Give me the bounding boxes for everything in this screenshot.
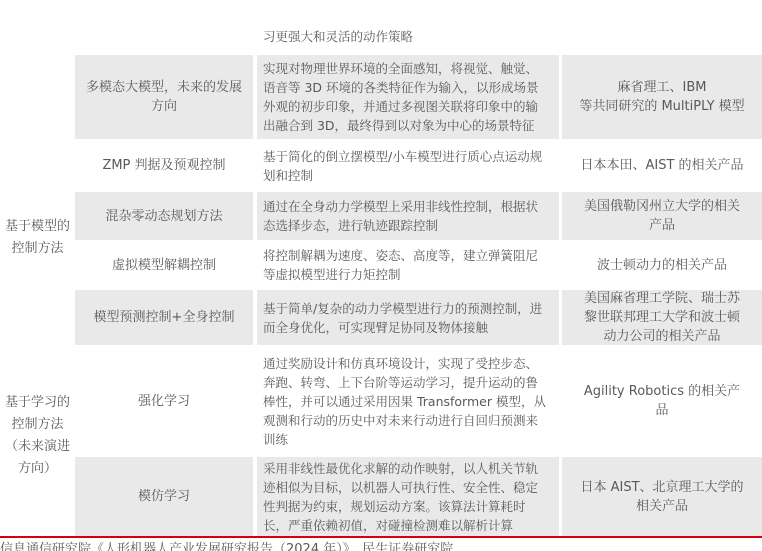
table-row: 虚拟模型解耦控制 将控制解耦为速度、姿态、高度等，建立弹簧阻尼 等虚拟模型进行力… bbox=[0, 242, 762, 288]
category-cell bbox=[0, 0, 75, 53]
source-citation: 信息通信研究院《人形机器人产业发展研究报告（2024 年）》，民生证券研究院 bbox=[0, 541, 762, 551]
category-cell bbox=[0, 55, 75, 139]
products-cell: 日本 AIST、北京理工大学的 相关产品 bbox=[562, 457, 762, 536]
method-cell bbox=[75, 0, 253, 53]
description-cell: 基于简单/复杂的动力学模型进行力的预测控制，进 而全身优化，可实现臂足协同及物体… bbox=[257, 290, 559, 345]
table-row: 模型预测控制+全身控制 基于简单/复杂的动力学模型进行力的预测控制，进 而全身优… bbox=[0, 290, 762, 345]
description-cell: 实现对物理世界环境的全面感知，将视觉、触觉、 语音等 3D 环境的各类特征作为输… bbox=[257, 55, 559, 139]
description-cell: 通过奖励设计和仿真环境设计，实现了受控步态、 奔跑、转弯、上下台阶等运动学习，提… bbox=[257, 347, 559, 455]
description-cell: 将控制解耦为速度、姿态、高度等，建立弹簧阻尼 等虚拟模型进行力矩控制 bbox=[257, 242, 559, 288]
report-page: 习更强大和灵活的动作策略 多模态大模型，未来的发展 方向 实现对物理世界环境的全… bbox=[0, 0, 762, 551]
method-cell: 虚拟模型解耦控制 bbox=[75, 242, 253, 288]
table-row-partial: 习更强大和灵活的动作策略 bbox=[0, 0, 762, 53]
products-cell bbox=[562, 0, 762, 53]
category-label-model-based: 基于模型的 控制方法 bbox=[0, 216, 75, 260]
category-cell bbox=[0, 290, 75, 345]
category-cell bbox=[0, 141, 75, 190]
method-cell: ZMP 判据及预观控制 bbox=[75, 141, 253, 190]
table-row: 模仿学习 采用非线性最优化求解的动作映射，以人机关节轨 迹相似为目标，以机器人可… bbox=[0, 457, 762, 536]
method-cell: 模型预测控制+全身控制 bbox=[75, 290, 253, 345]
table-row: 多模态大模型，未来的发展 方向 实现对物理世界环境的全面感知，将视觉、触觉、 语… bbox=[0, 55, 762, 139]
method-cell: 强化学习 bbox=[75, 347, 253, 455]
table-row: 强化学习 通过奖励设计和仿真环境设计，实现了受控步态、 奔跑、转弯、上下台阶等运… bbox=[0, 347, 762, 455]
table-row: ZMP 判据及预观控制 基于简化的倒立摆模型/小车模型进行质心点运动规 划和控制… bbox=[0, 141, 762, 190]
products-cell: 日本本田、AIST 的相关产品 bbox=[562, 141, 762, 190]
method-cell: 模仿学习 bbox=[75, 457, 253, 536]
products-cell: 美国俄勒冈州立大学的相关 产品 bbox=[562, 192, 762, 240]
products-cell: Agility Robotics 的相关产 品 bbox=[562, 347, 762, 455]
method-cell: 混杂零动态规划方法 bbox=[75, 192, 253, 240]
description-cell: 通过在全身动力学模型上采用非线性控制，根据状 态选择步态，进行轨迹跟踪控制 bbox=[257, 192, 559, 240]
table-row: 混杂零动态规划方法 通过在全身动力学模型上采用非线性控制，根据状 态选择步态，进… bbox=[0, 192, 762, 240]
products-cell: 美国麻省理工学院、瑞士苏 黎世联邦理工大学和波士顿 动力公司的相关产品 bbox=[562, 290, 762, 345]
products-cell: 波士顿动力的相关产品 bbox=[562, 242, 762, 288]
category-label-learning-based: 基于学习的 控制方法 （未来演进 方向） bbox=[0, 392, 75, 480]
control-methods-table: 习更强大和灵活的动作策略 多模态大模型，未来的发展 方向 实现对物理世界环境的全… bbox=[0, 0, 762, 536]
method-cell: 多模态大模型，未来的发展 方向 bbox=[75, 55, 253, 139]
description-cell: 采用非线性最优化求解的动作映射，以人机关节轨 迹相似为目标，以机器人可执行性、安… bbox=[257, 457, 559, 536]
description-cell: 基于简化的倒立摆模型/小车模型进行质心点运动规 划和控制 bbox=[257, 141, 559, 190]
footer-divider-line bbox=[0, 536, 762, 538]
products-cell: 麻省理工、IBM 等共同研究的 MultiPLY 模型 bbox=[562, 55, 762, 139]
description-cell: 习更强大和灵活的动作策略 bbox=[257, 0, 559, 53]
